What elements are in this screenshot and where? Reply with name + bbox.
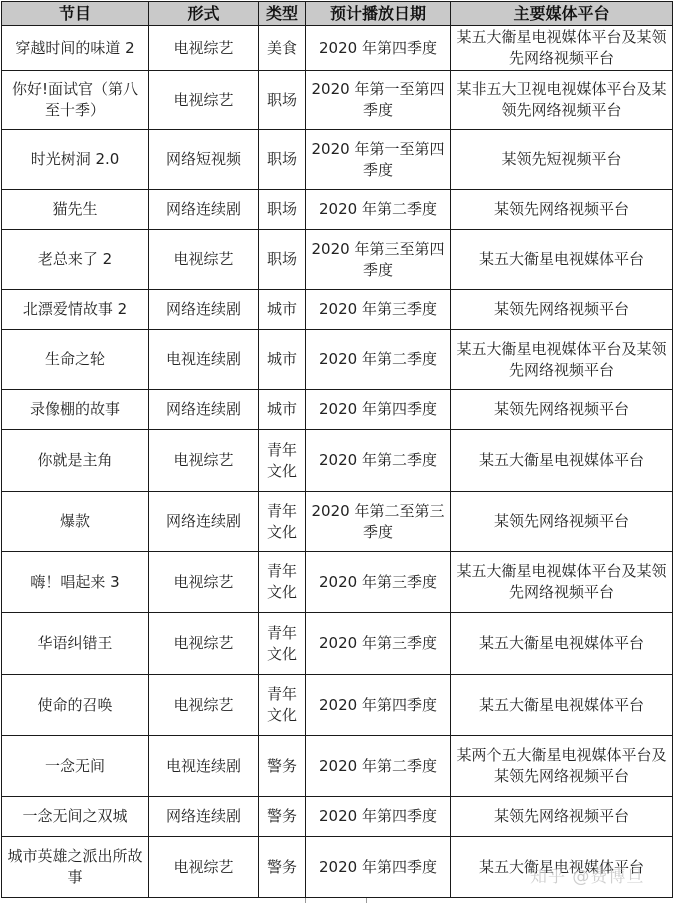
- date-cell: 2020 年第二季度: [306, 430, 451, 492]
- genre-cell: 职场: [259, 190, 306, 230]
- platform-cell: 某五大衞星电视媒体平台及某领先网络视频平台: [451, 552, 673, 613]
- genre-cell: 青年文化: [259, 675, 306, 736]
- genre-cell: 警务: [259, 797, 306, 837]
- format-cell: 网络连续剧: [149, 797, 259, 837]
- platform-cell: 某两个五大衞星电视媒体平台及某领先网络视频平台: [451, 736, 673, 797]
- date-cell: 2020 年第四季度: [306, 390, 451, 430]
- format-cell: 网络连续剧: [149, 290, 259, 330]
- program-cell: 一念无间: [2, 736, 149, 797]
- table-row: 老总来了 2电视综艺职场2020 年第三至第四季度某五大衞星电视媒体平台: [2, 230, 673, 290]
- format-cell: 网络短视频: [149, 130, 259, 190]
- table-row: 猫先生网络连续剧职场2020 年第二季度某领先网络视频平台: [2, 190, 673, 230]
- table-row: 时光树洞 2.0网络短视频职场2020 年第一至第四季度某领先短视频平台: [2, 130, 673, 190]
- program-cell: 生命之轮: [2, 330, 149, 390]
- format-cell: 电视综艺: [149, 71, 259, 130]
- table-row: 华语纠错王电视综艺青年文化2020 年第三季度某五大衞星电视媒体平台: [2, 613, 673, 675]
- platform-cell: 某领先网络视频平台: [451, 290, 673, 330]
- genre-cell: 城市: [259, 290, 306, 330]
- genre-cell: 青年文化: [259, 430, 306, 492]
- platform-cell: 某非五大卫视电视媒体平台及某领先网络视频平台: [451, 71, 673, 130]
- program-cell: 录像棚的故事: [2, 390, 149, 430]
- program-cell: 使命的召唤: [2, 675, 149, 736]
- program-cell: 猫先生: [2, 190, 149, 230]
- header-program: 节目: [2, 2, 149, 26]
- platform-cell: 某五大衞星电视媒体平台: [451, 230, 673, 290]
- platform-cell: 某五大衞星电视媒体平台: [451, 675, 673, 736]
- program-cell: 你就是主角: [2, 430, 149, 492]
- program-cell: 老总来了 2: [2, 230, 149, 290]
- table-row: 爆款网络连续剧青年文化2020 年第二至第三季度某领先网络视频平台: [2, 492, 673, 552]
- date-cell: 2020 年第四季度: [306, 26, 451, 71]
- program-cell: 华语纠错王: [2, 613, 149, 675]
- platform-cell: 某五大衞星电视媒体平台: [451, 613, 673, 675]
- date-cell: 2020 年第一至第四季度: [306, 71, 451, 130]
- genre-cell: 城市: [259, 330, 306, 390]
- genre-cell: 美食: [259, 26, 306, 71]
- program-table: 节目 形式 类型 预计播放日期 主要媒体平台 穿越时间的味道 2电视综艺美食20…: [1, 1, 673, 898]
- platform-cell: 某五大衞星电视媒体平台: [451, 837, 673, 898]
- date-cell: 2020 年第二季度: [306, 190, 451, 230]
- program-cell: 嗨！唱起来 3: [2, 552, 149, 613]
- program-cell: 你好!面试官（第八至十季）: [2, 71, 149, 130]
- program-cell: 穿越时间的味道 2: [2, 26, 149, 71]
- table-row: 一念无间之双城网络连续剧警务2020 年第四季度某领先网络视频平台: [2, 797, 673, 837]
- date-cell: 2020 年第二至第三季度: [306, 492, 451, 552]
- format-cell: 电视综艺: [149, 552, 259, 613]
- genre-cell: 青年文化: [259, 552, 306, 613]
- header-format: 形式: [149, 2, 259, 26]
- date-cell: 2020 年第二季度: [306, 736, 451, 797]
- format-cell: 电视综艺: [149, 675, 259, 736]
- date-cell: 2020 年第一至第四季度: [306, 130, 451, 190]
- format-cell: 网络连续剧: [149, 190, 259, 230]
- program-cell: 时光树洞 2.0: [2, 130, 149, 190]
- program-cell: 北漂爱情故事 2: [2, 290, 149, 330]
- table-row: 北漂爱情故事 2网络连续剧城市2020 年第三季度某领先网络视频平台: [2, 290, 673, 330]
- platform-cell: 某五大衞星电视媒体平台及某领先网络视频平台: [451, 26, 673, 71]
- genre-cell: 青年文化: [259, 492, 306, 552]
- format-cell: 电视连续剧: [149, 330, 259, 390]
- platform-cell: 某领先网络视频平台: [451, 390, 673, 430]
- format-cell: 电视综艺: [149, 230, 259, 290]
- genre-cell: 警务: [259, 837, 306, 898]
- table-row: 你就是主角电视综艺青年文化2020 年第二季度某五大衞星电视媒体平台: [2, 430, 673, 492]
- format-cell: 网络连续剧: [149, 390, 259, 430]
- next-table-edge: [305, 898, 367, 903]
- date-cell: 2020 年第三季度: [306, 613, 451, 675]
- genre-cell: 青年文化: [259, 613, 306, 675]
- date-cell: 2020 年第三至第四季度: [306, 230, 451, 290]
- date-cell: 2020 年第三季度: [306, 290, 451, 330]
- genre-cell: 城市: [259, 390, 306, 430]
- date-cell: 2020 年第四季度: [306, 837, 451, 898]
- header-genre: 类型: [259, 2, 306, 26]
- format-cell: 电视综艺: [149, 837, 259, 898]
- program-cell: 爆款: [2, 492, 149, 552]
- platform-cell: 某领先网络视频平台: [451, 190, 673, 230]
- table-row: 穿越时间的味道 2电视综艺美食2020 年第四季度某五大衞星电视媒体平台及某领先…: [2, 26, 673, 71]
- table-row: 嗨！唱起来 3电视综艺青年文化2020 年第三季度某五大衞星电视媒体平台及某领先…: [2, 552, 673, 613]
- format-cell: 电视综艺: [149, 430, 259, 492]
- genre-cell: 职场: [259, 230, 306, 290]
- date-cell: 2020 年第四季度: [306, 797, 451, 837]
- table-row: 生命之轮电视连续剧城市2020 年第二季度某五大衞星电视媒体平台及某领先网络视频…: [2, 330, 673, 390]
- format-cell: 电视综艺: [149, 26, 259, 71]
- genre-cell: 职场: [259, 71, 306, 130]
- date-cell: 2020 年第四季度: [306, 675, 451, 736]
- genre-cell: 职场: [259, 130, 306, 190]
- date-cell: 2020 年第三季度: [306, 552, 451, 613]
- format-cell: 网络连续剧: [149, 492, 259, 552]
- header-row: 节目 形式 类型 预计播放日期 主要媒体平台: [2, 2, 673, 26]
- program-cell: 一念无间之双城: [2, 797, 149, 837]
- program-cell: 城市英雄之派出所故事: [2, 837, 149, 898]
- table-row: 录像棚的故事网络连续剧城市2020 年第四季度某领先网络视频平台: [2, 390, 673, 430]
- genre-cell: 警务: [259, 736, 306, 797]
- platform-cell: 某领先网络视频平台: [451, 797, 673, 837]
- table-row: 使命的召唤电视综艺青年文化2020 年第四季度某五大衞星电视媒体平台: [2, 675, 673, 736]
- platform-cell: 某领先短视频平台: [451, 130, 673, 190]
- platform-cell: 某领先网络视频平台: [451, 492, 673, 552]
- table-row: 一念无间电视连续剧警务2020 年第二季度某两个五大衞星电视媒体平台及某领先网络…: [2, 736, 673, 797]
- format-cell: 电视综艺: [149, 613, 259, 675]
- date-cell: 2020 年第二季度: [306, 330, 451, 390]
- format-cell: 电视连续剧: [149, 736, 259, 797]
- table-row: 城市英雄之派出所故事电视综艺警务2020 年第四季度某五大衞星电视媒体平台: [2, 837, 673, 898]
- platform-cell: 某五大衞星电视媒体平台及某领先网络视频平台: [451, 330, 673, 390]
- table-row: 你好!面试官（第八至十季）电视综艺职场2020 年第一至第四季度某非五大卫视电视…: [2, 71, 673, 130]
- header-date: 预计播放日期: [306, 2, 451, 26]
- header-platform: 主要媒体平台: [451, 2, 673, 26]
- platform-cell: 某五大衞星电视媒体平台: [451, 430, 673, 492]
